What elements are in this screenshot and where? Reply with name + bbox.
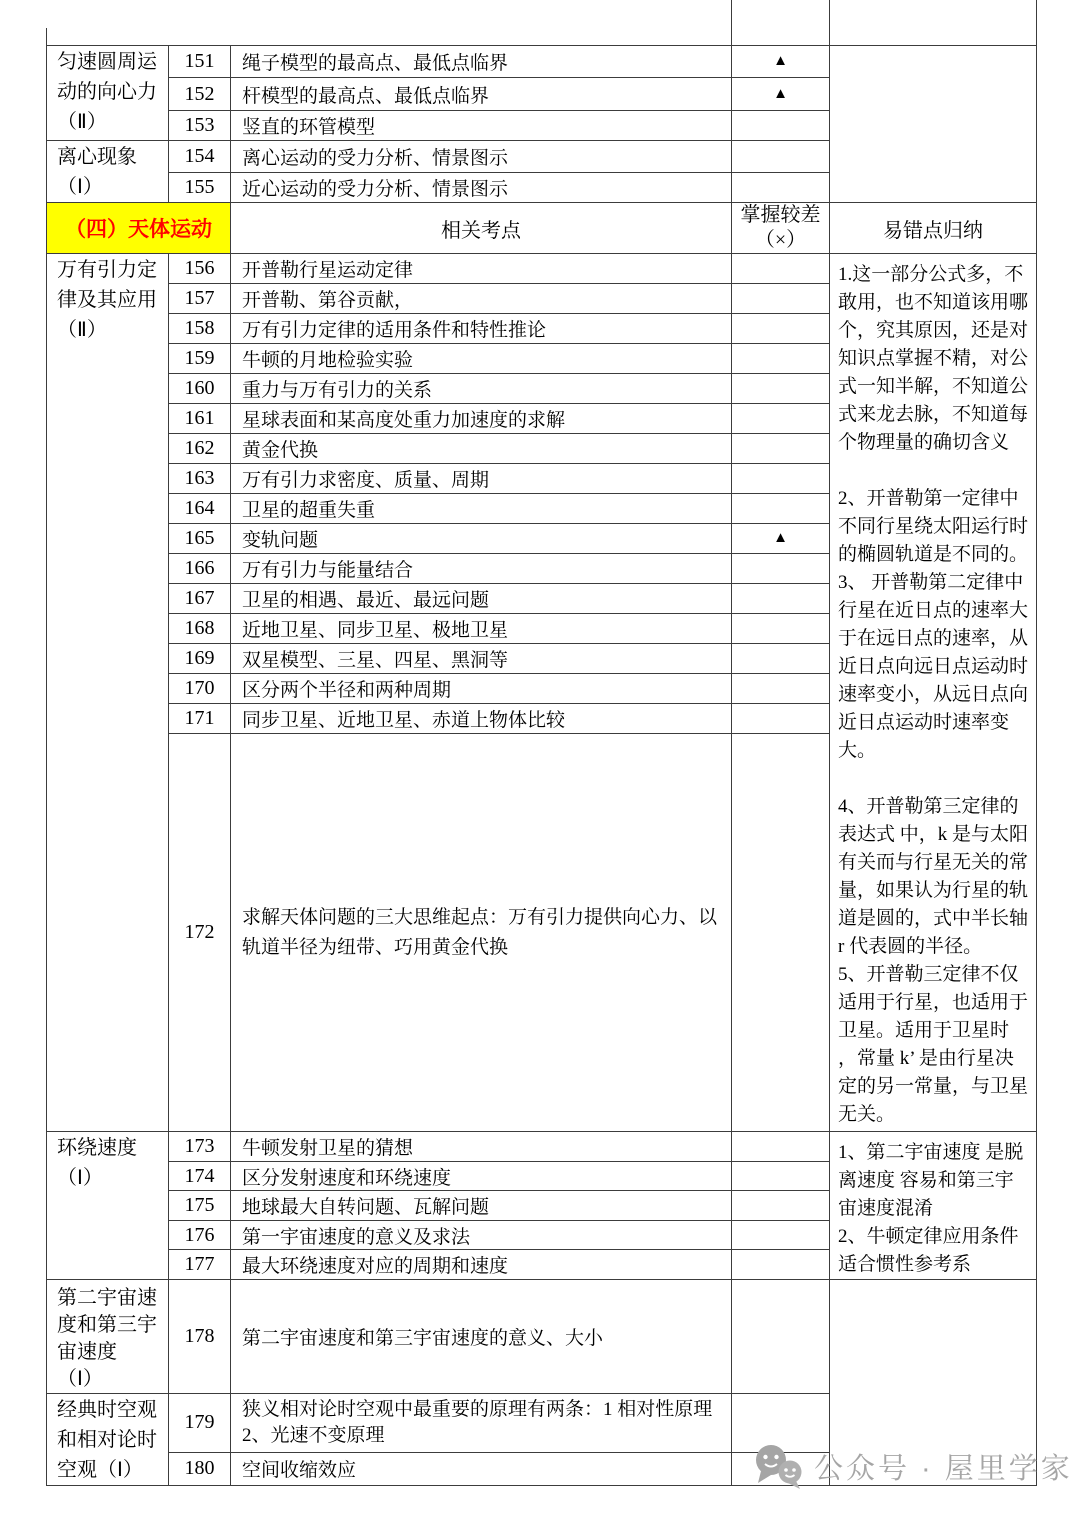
topic-cell: 近心运动的受力分析、情景图示: [231, 172, 732, 202]
topic-cell: 竖直的环管模型: [231, 111, 732, 141]
topic-cell: 星球表面和某高度处重力加速度的求解: [231, 404, 732, 434]
section-header-row: （四）天体运动 相关考点 掌握较差 （×） 易错点归纳: [47, 203, 1037, 254]
mastery-cell: [732, 434, 830, 464]
column-header-notes: 易错点归纳: [830, 203, 1037, 254]
mastery-cell: [732, 464, 830, 494]
mastery-cell: [732, 172, 830, 202]
topic-cell: 卫星的相遇、最近、最远问题: [231, 584, 732, 614]
topic-cell: 第一宇宙速度的意义及求法: [231, 1221, 732, 1250]
topic-cell: 求解天体问题的三大思维起点：万有引力提供向心力、以轨道半径为纽带、巧用黄金代换: [231, 734, 732, 1132]
mastery-cell: [732, 644, 830, 674]
topic-cell: 最大环绕速度对应的周期和速度: [231, 1250, 732, 1280]
mastery-cell: [732, 1162, 830, 1191]
topic-cell: 牛顿发射卫星的猜想: [231, 1132, 732, 1162]
topic-cell: 双星模型、三星、四星、黑洞等: [231, 644, 732, 674]
row-number: 156: [169, 254, 231, 284]
section-title: （四）天体运动: [47, 203, 231, 254]
topic-cell: 近地卫星、同步卫星、极地卫星: [231, 614, 732, 644]
notes-cell: 1、第二宇宙速度 是脱离速度 容易和第三宇宙速度混淆 2、牛顿定律应用条件适合惯…: [830, 1132, 1037, 1280]
row-number: 166: [169, 554, 231, 584]
topic-cell: 开普勒、第谷贡献，: [231, 284, 732, 314]
topic-cell: 变轨问题: [231, 524, 732, 554]
topic-cell: 万有引力与能量结合: [231, 554, 732, 584]
row-number: 169: [169, 644, 231, 674]
watermark-text: 公众号 · 屋里学家: [814, 1446, 1073, 1487]
row-number: 160: [169, 374, 231, 404]
category-cell: 第二宇宙速 度和第三宇 宙速度 （Ⅰ）: [47, 1280, 169, 1394]
wechat-chat-bubbles-icon: [752, 1442, 804, 1490]
mastery-cell: ▲: [732, 78, 830, 111]
row-number: 161: [169, 404, 231, 434]
topic-cell: 空间收缩效应: [231, 1452, 732, 1485]
mastery-cell: [732, 704, 830, 734]
category-cell: 匀速圆周运 动的向心力 （Ⅱ）: [47, 46, 169, 141]
row-number: 155: [169, 172, 231, 202]
table-edge-stub-left: [46, 28, 47, 45]
row-number: 167: [169, 584, 231, 614]
table-row: 万有引力定 律及其应用 （Ⅱ） 156 开普勒行星运动定律 1.这一部分公式多，…: [47, 254, 1037, 284]
topic-cell: 卫星的超重失重: [231, 494, 732, 524]
topic-cell: 开普勒行星运动定律: [231, 254, 732, 284]
topic-cell: 区分发射速度和环绕速度: [231, 1162, 732, 1191]
topic-cell: 地球最大自转问题、瓦解问题: [231, 1191, 732, 1221]
topic-cell: 重力与万有引力的关系: [231, 374, 732, 404]
topic-cell: 牛顿的月地检验实验: [231, 344, 732, 374]
row-number: 157: [169, 284, 231, 314]
row-number: 162: [169, 434, 231, 464]
mastery-cell: [732, 374, 830, 404]
mastery-cell: [732, 111, 830, 141]
row-number: 176: [169, 1221, 231, 1250]
mastery-cell: [732, 141, 830, 173]
row-number: 180: [169, 1452, 231, 1485]
topic-cell: 第二宇宙速度和第三宇宙速度的意义、大小: [231, 1280, 732, 1394]
topic-cell: 万有引力定律的适用条件和特性推论: [231, 314, 732, 344]
row-number: 152: [169, 78, 231, 111]
topic-cell: 同步卫星、近地卫星、赤道上物体比较: [231, 704, 732, 734]
mastery-cell: [732, 494, 830, 524]
row-number: 151: [169, 46, 231, 78]
row-number: 173: [169, 1132, 231, 1162]
row-number: 177: [169, 1250, 231, 1280]
row-number: 153: [169, 111, 231, 141]
mastery-cell: [732, 284, 830, 314]
row-number: 165: [169, 524, 231, 554]
category-cell: 经典时空观 和相对论时 空观（Ⅰ）: [47, 1394, 169, 1486]
mastery-cell: [732, 404, 830, 434]
mastery-cell: [732, 314, 830, 344]
table-row: 环绕速度 （Ⅰ） 173 牛顿发射卫星的猜想 1、第二宇宙速度 是脱离速度 容易…: [47, 1132, 1037, 1162]
table-row: 匀速圆周运 动的向心力 （Ⅱ） 151 绳子模型的最高点、最低点临界 ▲: [47, 46, 1037, 78]
column-header-mastery: 掌握较差 （×）: [732, 203, 830, 254]
mastery-cell: [732, 614, 830, 644]
table-edge-stub-notes-left: [829, 0, 830, 45]
mastery-cell: ▲: [732, 46, 830, 78]
category-cell: 离心现象 （Ⅰ）: [47, 141, 169, 203]
row-number: 164: [169, 494, 231, 524]
topic-cell: 绳子模型的最高点、最低点临界: [231, 46, 732, 78]
row-number: 172: [169, 734, 231, 1132]
topic-cell: 区分两个半径和两种周期: [231, 674, 732, 704]
mastery-cell: [732, 734, 830, 1132]
row-number: 175: [169, 1191, 231, 1221]
syllabus-table: 匀速圆周运 动的向心力 （Ⅱ） 151 绳子模型的最高点、最低点临界 ▲ 152…: [46, 45, 1037, 1486]
mastery-cell: [732, 1191, 830, 1221]
table-row: 第二宇宙速 度和第三宇 宙速度 （Ⅰ） 178 第二宇宙速度和第三宇宙速度的意义…: [47, 1280, 1037, 1394]
notes-cell: [830, 46, 1037, 203]
mastery-cell: [732, 1250, 830, 1280]
table-edge-stub-right: [1036, 0, 1037, 45]
watermark: 公众号 · 屋里学家: [752, 1442, 1073, 1490]
row-number: 171: [169, 704, 231, 734]
row-number: 170: [169, 674, 231, 704]
topic-cell: 黄金代换: [231, 434, 732, 464]
row-number: 174: [169, 1162, 231, 1191]
mastery-cell: [732, 254, 830, 284]
mastery-cell: [732, 1132, 830, 1162]
document-sheet: 匀速圆周运 动的向心力 （Ⅱ） 151 绳子模型的最高点、最低点临界 ▲ 152…: [46, 45, 1037, 1486]
row-number: 178: [169, 1280, 231, 1394]
column-header-topics: 相关考点: [231, 203, 732, 254]
topic-cell: 杆模型的最高点、最低点临界: [231, 78, 732, 111]
mastery-cell: [732, 554, 830, 584]
topic-cell: 离心运动的受力分析、情景图示: [231, 141, 732, 173]
row-number: 163: [169, 464, 231, 494]
category-cell: 万有引力定 律及其应用 （Ⅱ）: [47, 254, 169, 1132]
row-number: 179: [169, 1394, 231, 1453]
row-number: 168: [169, 614, 231, 644]
mastery-cell: [732, 1221, 830, 1250]
category-cell: 环绕速度 （Ⅰ）: [47, 1132, 169, 1280]
table-edge-stub-mastery-left: [731, 0, 732, 45]
mastery-cell: [732, 1280, 830, 1394]
row-number: 158: [169, 314, 231, 344]
mastery-cell: [732, 584, 830, 614]
row-number: 154: [169, 141, 231, 173]
row-number: 159: [169, 344, 231, 374]
mastery-cell: [732, 344, 830, 374]
topic-cell: 万有引力求密度、质量、周期: [231, 464, 732, 494]
topic-cell: 狭义相对论时空观中最重要的原理有两条：1 相对性原理 2、光速不变原理: [231, 1394, 732, 1453]
mastery-cell: ▲: [732, 524, 830, 554]
notes-cell: 1.这一部分公式多，不敢用，也不知道该用哪个，究其原因，还是对知识点掌握不精，对…: [830, 254, 1037, 1132]
mastery-cell: [732, 674, 830, 704]
